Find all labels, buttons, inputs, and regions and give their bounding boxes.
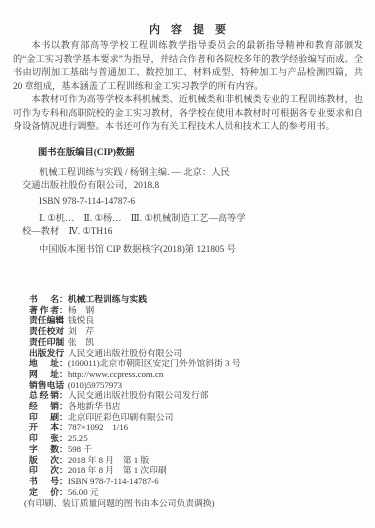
colophon-value: 钱悦良 xyxy=(68,315,94,325)
colophon-colon: ： xyxy=(59,348,68,358)
summary-paragraph-1: 本书以教育部高等学校工程训练教学指导委员会的最新指导精神和教育部颁发的“金工实习… xyxy=(13,39,363,93)
colophon-label: 印张 xyxy=(29,433,59,444)
colophon-row: 开本：787×1092 1/16 xyxy=(29,422,367,433)
colophon-row: 字数：598 千 xyxy=(29,444,367,455)
colophon-value: 56.00 元 xyxy=(68,487,99,497)
cip-classification-line-2: 校—教材 Ⅳ. ①TH16 xyxy=(22,226,287,239)
colophon-value: (010)59757973 xyxy=(68,380,122,390)
colophon-value: (100011)北京市朝阳区安定门外外馆斜街 3 号 xyxy=(68,358,241,368)
colophon-label: 印刷 xyxy=(29,412,59,423)
colophon-colon: ： xyxy=(59,337,68,347)
colophon-row: 经销：各地新华书店 xyxy=(29,401,367,412)
colophon-row: 地址：(100011)北京市朝阳区安定门外外馆斜街 3 号 xyxy=(29,358,367,369)
colophon-value: 杨 钢 xyxy=(68,305,94,315)
colophon-row: 印张：25.25 xyxy=(29,433,367,444)
colophon-colon: ： xyxy=(59,487,68,497)
colophon-value: 机械工程训练与实践 xyxy=(68,294,147,304)
colophon-label: 开本 xyxy=(29,422,59,433)
colophon-value: http://www.ccpress.com.cn xyxy=(68,369,163,379)
colophon-colon: ： xyxy=(59,315,68,325)
colophon-value: 张 凯 xyxy=(68,337,94,347)
colophon-row: 销售电话：(010)59757973 xyxy=(29,380,367,391)
colophon-label: 书号 xyxy=(29,476,59,487)
colophon-value: 25.25 xyxy=(68,433,88,443)
colophon-value: 2018 年 8 月 第 1 次印刷 xyxy=(68,465,167,475)
colophon-colon: ： xyxy=(59,380,68,390)
colophon-label: 字数 xyxy=(29,444,59,455)
summary-paragraph-2: 本教材可作为高等学校本科机械类、近机械类和非机械类专业的工程训练教材，也可作为专… xyxy=(13,93,363,134)
colophon-label: 销售电话 xyxy=(29,380,59,391)
colophon-value: 2018 年 8 月 第 1 版 xyxy=(68,455,149,465)
colophon-value: 各地新华书店 xyxy=(68,401,121,411)
colophon-value: 598 千 xyxy=(68,444,92,454)
cip-heading: 图书在版编目(CIP)数据 xyxy=(38,147,287,160)
colophon-label: 著作者 xyxy=(29,305,59,316)
colophon-colon: ： xyxy=(59,433,68,443)
cip-record-number: 中国版本图书馆 CIP 数据核字(2018)第 121805 号 xyxy=(39,244,287,257)
colophon-colon: ： xyxy=(59,422,68,432)
colophon-row: 书名：机械工程训练与实践 xyxy=(29,294,367,305)
colophon-label: 经销 xyxy=(29,401,59,412)
colophon-row: 印次：2018 年 8 月 第 1 次印刷 xyxy=(29,465,367,476)
colophon-value: ISBN 978-7-114-14787-6 xyxy=(68,476,159,486)
colophon-row: 总经销：人民交通出版社股份有限公司发行部 xyxy=(29,390,367,401)
colophon-colon: ： xyxy=(59,326,68,336)
colophon-label: 责任校对 xyxy=(29,326,59,337)
colophon-label: 书名 xyxy=(29,294,59,305)
colophon-value: 787×1092 1/16 xyxy=(68,422,128,432)
colophon-label: 地址 xyxy=(29,358,59,369)
colophon-rows: 书名：机械工程训练与实践 著作者：杨 钢 责任编辑：钱悦良 责任校对：刘 芹 责… xyxy=(29,294,367,497)
colophon-colon: ： xyxy=(59,294,68,304)
colophon-colon: ： xyxy=(59,401,68,411)
colophon-row: 版次：2018 年 8 月 第 1 版 xyxy=(29,455,367,466)
cip-section: 图书在版编目(CIP)数据 机械工程训练与实践 / 杨钢主编. — 北京：人民 … xyxy=(22,147,287,257)
colophon-label: 责任编辑 xyxy=(29,315,59,326)
colophon-label: 定价 xyxy=(29,487,59,498)
colophon-row: 出版发行：人民交通出版社股份有限公司 xyxy=(29,348,367,359)
colophon-colon: ： xyxy=(59,444,68,454)
colophon-label: 责任印制 xyxy=(29,337,59,348)
colophon-colon: ： xyxy=(59,358,68,368)
colophon-value: 刘 芹 xyxy=(68,326,94,336)
cip-title-line-1: 机械工程训练与实践 / 杨钢主编. — 北京：人民 xyxy=(39,167,287,180)
colophon-value: 人民交通出版社股份有限公司 xyxy=(68,348,182,358)
colophon-colon: ： xyxy=(59,455,68,465)
colophon-colon: ： xyxy=(59,305,68,315)
cip-isbn: ISBN 978-7-114-14787-6 xyxy=(39,196,287,209)
cip-title-line-2: 交通出版社股份有限公司，2018.8 xyxy=(22,180,287,193)
content-summary-title: 内 容 提 要 xyxy=(0,21,375,37)
colophon-row: 责任印制：张 凯 xyxy=(29,337,367,348)
cip-classification-line-1: Ⅰ. ①机… Ⅱ. ①杨… Ⅲ. ①机械制造工艺—高等学 xyxy=(39,213,287,226)
colophon-colon: ： xyxy=(59,465,68,475)
colophon-label: 总经销 xyxy=(29,390,59,401)
colophon-row: 书号：ISBN 978-7-114-14787-6 xyxy=(29,476,367,487)
colophon-row: 印刷：北京印匠彩色印刷有限公司 xyxy=(29,412,367,423)
colophon-value: 人民交通出版社股份有限公司发行部 xyxy=(68,390,209,400)
colophon-label: 版次 xyxy=(29,455,59,466)
colophon-row: 责任编辑：钱悦良 xyxy=(29,315,367,326)
colophon-label: 印次 xyxy=(29,465,59,476)
colophon-colon: ： xyxy=(59,476,68,486)
colophon-note: (有印刷、装订质量问题的图书由本公司负责调换) xyxy=(24,498,367,509)
colophon-colon: ： xyxy=(59,412,68,422)
colophon-row: 定价：56.00 元 xyxy=(29,487,367,498)
colophon-section: 书名：机械工程训练与实践 著作者：杨 钢 责任编辑：钱悦良 责任校对：刘 芹 责… xyxy=(29,294,367,509)
colophon-label: 网址 xyxy=(29,369,59,380)
colophon-row: 著作者：杨 钢 xyxy=(29,305,367,316)
colophon-value: 北京印匠彩色印刷有限公司 xyxy=(68,412,174,422)
colophon-label: 出版发行 xyxy=(29,348,59,359)
colophon-row: 网址：http://www.ccpress.com.cn xyxy=(29,369,367,380)
colophon-colon: ： xyxy=(59,369,68,379)
book-copyright-page: 内 容 提 要 本书以教育部高等学校工程训练教学指导委员会的最新指导精神和教育部… xyxy=(0,0,375,528)
content-summary-body: 本书以教育部高等学校工程训练教学指导委员会的最新指导精神和教育部颁发的“金工实习… xyxy=(13,39,363,134)
colophon-colon: ： xyxy=(59,390,68,400)
colophon-row: 责任校对：刘 芹 xyxy=(29,326,367,337)
